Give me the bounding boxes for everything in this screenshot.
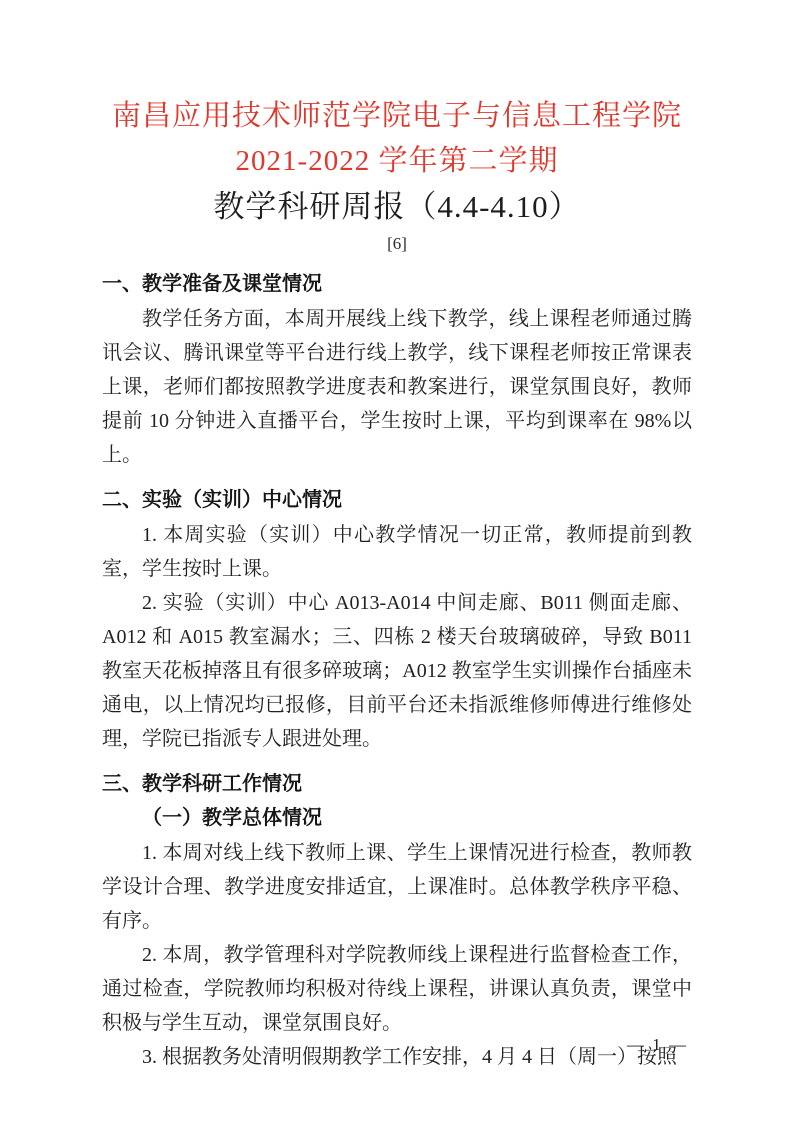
paragraph-overall-item-2: 2. 本周，教学管理科对学院教师线上课程进行监督检查工作，通过检查，学院教师均积… xyxy=(102,938,692,1040)
page-number: — 1 — xyxy=(627,1034,688,1056)
paragraph-teaching-tasks: 教学任务方面，本周开展线上线下教学，线上课程老师通过腾讯会议、腾讯课堂等平台进行… xyxy=(102,302,692,472)
doc-title-line-2: 2021-2022 学年第二学期 xyxy=(102,139,692,184)
paragraph-lab-center-item-1: 1. 本周实验（实训）中心教学情况一切正常，教师提前到教室，学生按时上课。 xyxy=(102,518,692,586)
paragraph-overall-item-1: 1. 本周对线上线下教师上课、学生上课情况进行检查，教师教学设计合理、教学进度安… xyxy=(102,836,692,938)
section-heading-1: 一、教学准备及课堂情况 xyxy=(102,269,692,299)
doc-title-line-3: 教学科研周报（4.4-4.10） xyxy=(102,184,692,230)
document-page: 南昌应用技术师范学院电子与信息工程学院 2021-2022 学年第二学期 教学科… xyxy=(0,0,794,1123)
section-heading-3: 三、教学科研工作情况 xyxy=(102,769,692,799)
doc-title-line-1: 南昌应用技术师范学院电子与信息工程学院 xyxy=(102,94,692,139)
paragraph-lab-center-item-2: 2. 实验（实训）中心 A013-A014 中间走廊、B011 侧面走廊、A01… xyxy=(102,586,692,756)
paragraph-overall-item-3: 3. 根据教务处清明假期教学工作安排，4 月 4 日（周一）按照 xyxy=(102,1040,692,1074)
issue-number: [6] xyxy=(102,232,692,256)
subsection-heading-overall-teaching: （一）教学总体情况 xyxy=(102,803,692,833)
section-heading-2: 二、实验（实训）中心情况 xyxy=(102,485,692,515)
